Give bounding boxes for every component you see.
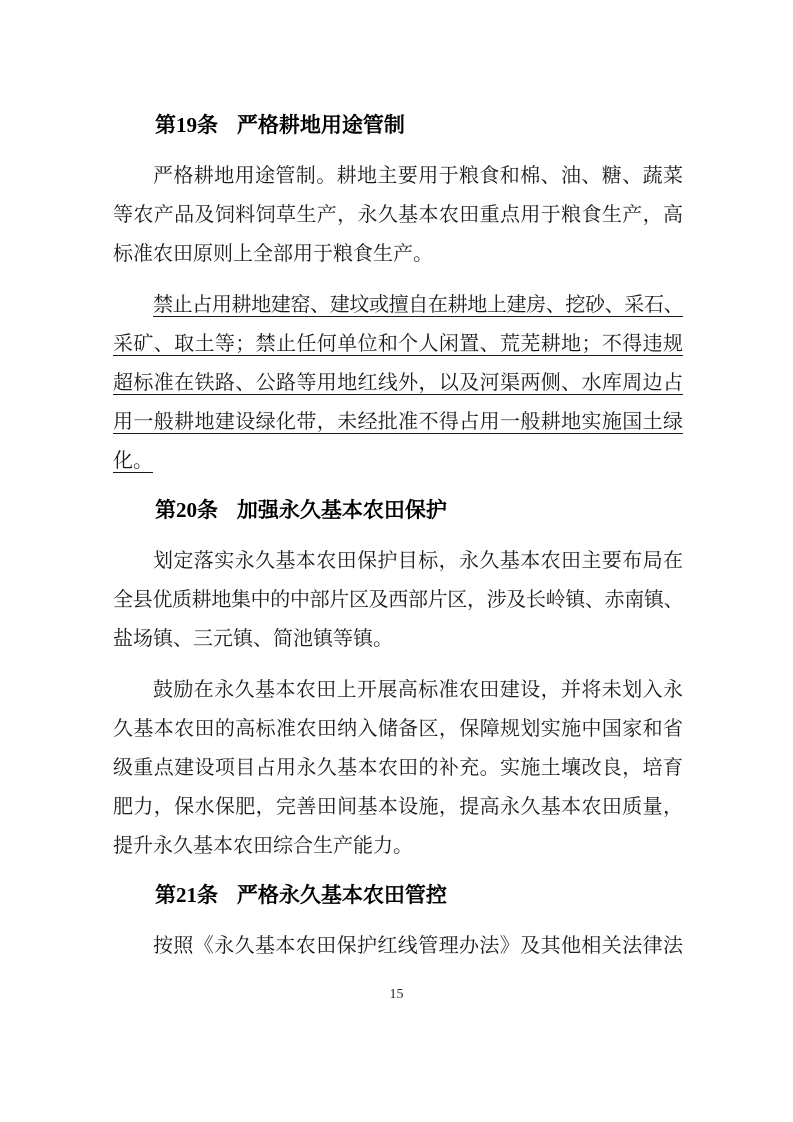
text-line: 级重点建设项目占用永久基本农田的补充。实施土壤改良，培育 (113, 749, 683, 788)
article-number: 第20条 (155, 498, 218, 522)
page-number: 15 (0, 987, 793, 1003)
article-title: 加强永久基本农田保护 (237, 498, 447, 522)
text-line: 标准农田原则上全部用于粮食生产。 (113, 235, 683, 274)
article-20-heading: 第20条加强永久基本农田保护 (113, 491, 683, 530)
article-number: 第21条 (155, 883, 218, 907)
body-paragraph: 按照《永久基本农田保护红线管理办法》及其他相关法律法 (113, 927, 683, 966)
body-paragraph: 鼓励在永久基本农田上开展高标准农田建设，并将未划入永 久基本农田的高标准农田纳入… (113, 671, 683, 866)
body-paragraph: 划定落实永久基本农田保护目标，永久基本农田主要布局在 全县优质耕地集中的中部片区… (113, 542, 683, 659)
text-line: 超标准在铁路、公路等用地红线外，以及河渠两侧、水库周边占 (113, 364, 683, 403)
article-number: 第19条 (155, 113, 218, 137)
article-title: 严格永久基本农田管控 (237, 883, 447, 907)
text-line: 盐场镇、三元镇、简池镇等镇。 (113, 620, 683, 659)
text-line: 等农产品及饲料饲草生产，永久基本农田重点用于粮食生产，高 (113, 196, 683, 235)
text-line: 严格耕地用途管制。耕地主要用于粮食和棉、油、糖、蔬菜 (113, 157, 683, 196)
text-line: 提升永久基本农田综合生产能力。 (113, 827, 683, 866)
text-line: 肥力，保水保肥，完善田间基本设施，提高永久基本农田质量， (113, 788, 683, 827)
text-line: 采矿、取土等；禁止任何单位和个人闲置、荒芜耕地；不得违规 (113, 325, 683, 364)
text-line: 鼓励在永久基本农田上开展高标准农田建设，并将未划入永 (113, 671, 683, 710)
article-21-heading: 第21条严格永久基本农田管控 (113, 876, 683, 915)
text-line: 全县优质耕地集中的中部片区及西部片区，涉及长岭镇、赤南镇、 (113, 581, 683, 620)
text-line: 化。 (113, 442, 683, 481)
underlined-paragraph: 禁止占用耕地建窑、建坟或擅自在耕地上建房、挖砂、采石、 采矿、取土等；禁止任何单… (113, 286, 683, 481)
article-19-heading: 第19条严格耕地用途管制 (113, 106, 683, 145)
body-paragraph: 严格耕地用途管制。耕地主要用于粮食和棉、油、糖、蔬菜 等农产品及饲料饲草生产，永… (113, 157, 683, 274)
document-page: 第19条严格耕地用途管制 严格耕地用途管制。耕地主要用于粮食和棉、油、糖、蔬菜 … (0, 0, 793, 1122)
text-line: 禁止占用耕地建窑、建坟或擅自在耕地上建房、挖砂、采石、 (113, 286, 683, 325)
text-line: 久基本农田的高标准农田纳入储备区，保障规划实施中国家和省 (113, 710, 683, 749)
text-line: 按照《永久基本农田保护红线管理办法》及其他相关法律法 (113, 927, 683, 966)
text-line: 划定落实永久基本农田保护目标，永久基本农田主要布局在 (113, 542, 683, 581)
article-title: 严格耕地用途管制 (237, 113, 405, 137)
text-line: 用一般耕地建设绿化带，未经批准不得占用一般耕地实施国土绿 (113, 403, 683, 442)
